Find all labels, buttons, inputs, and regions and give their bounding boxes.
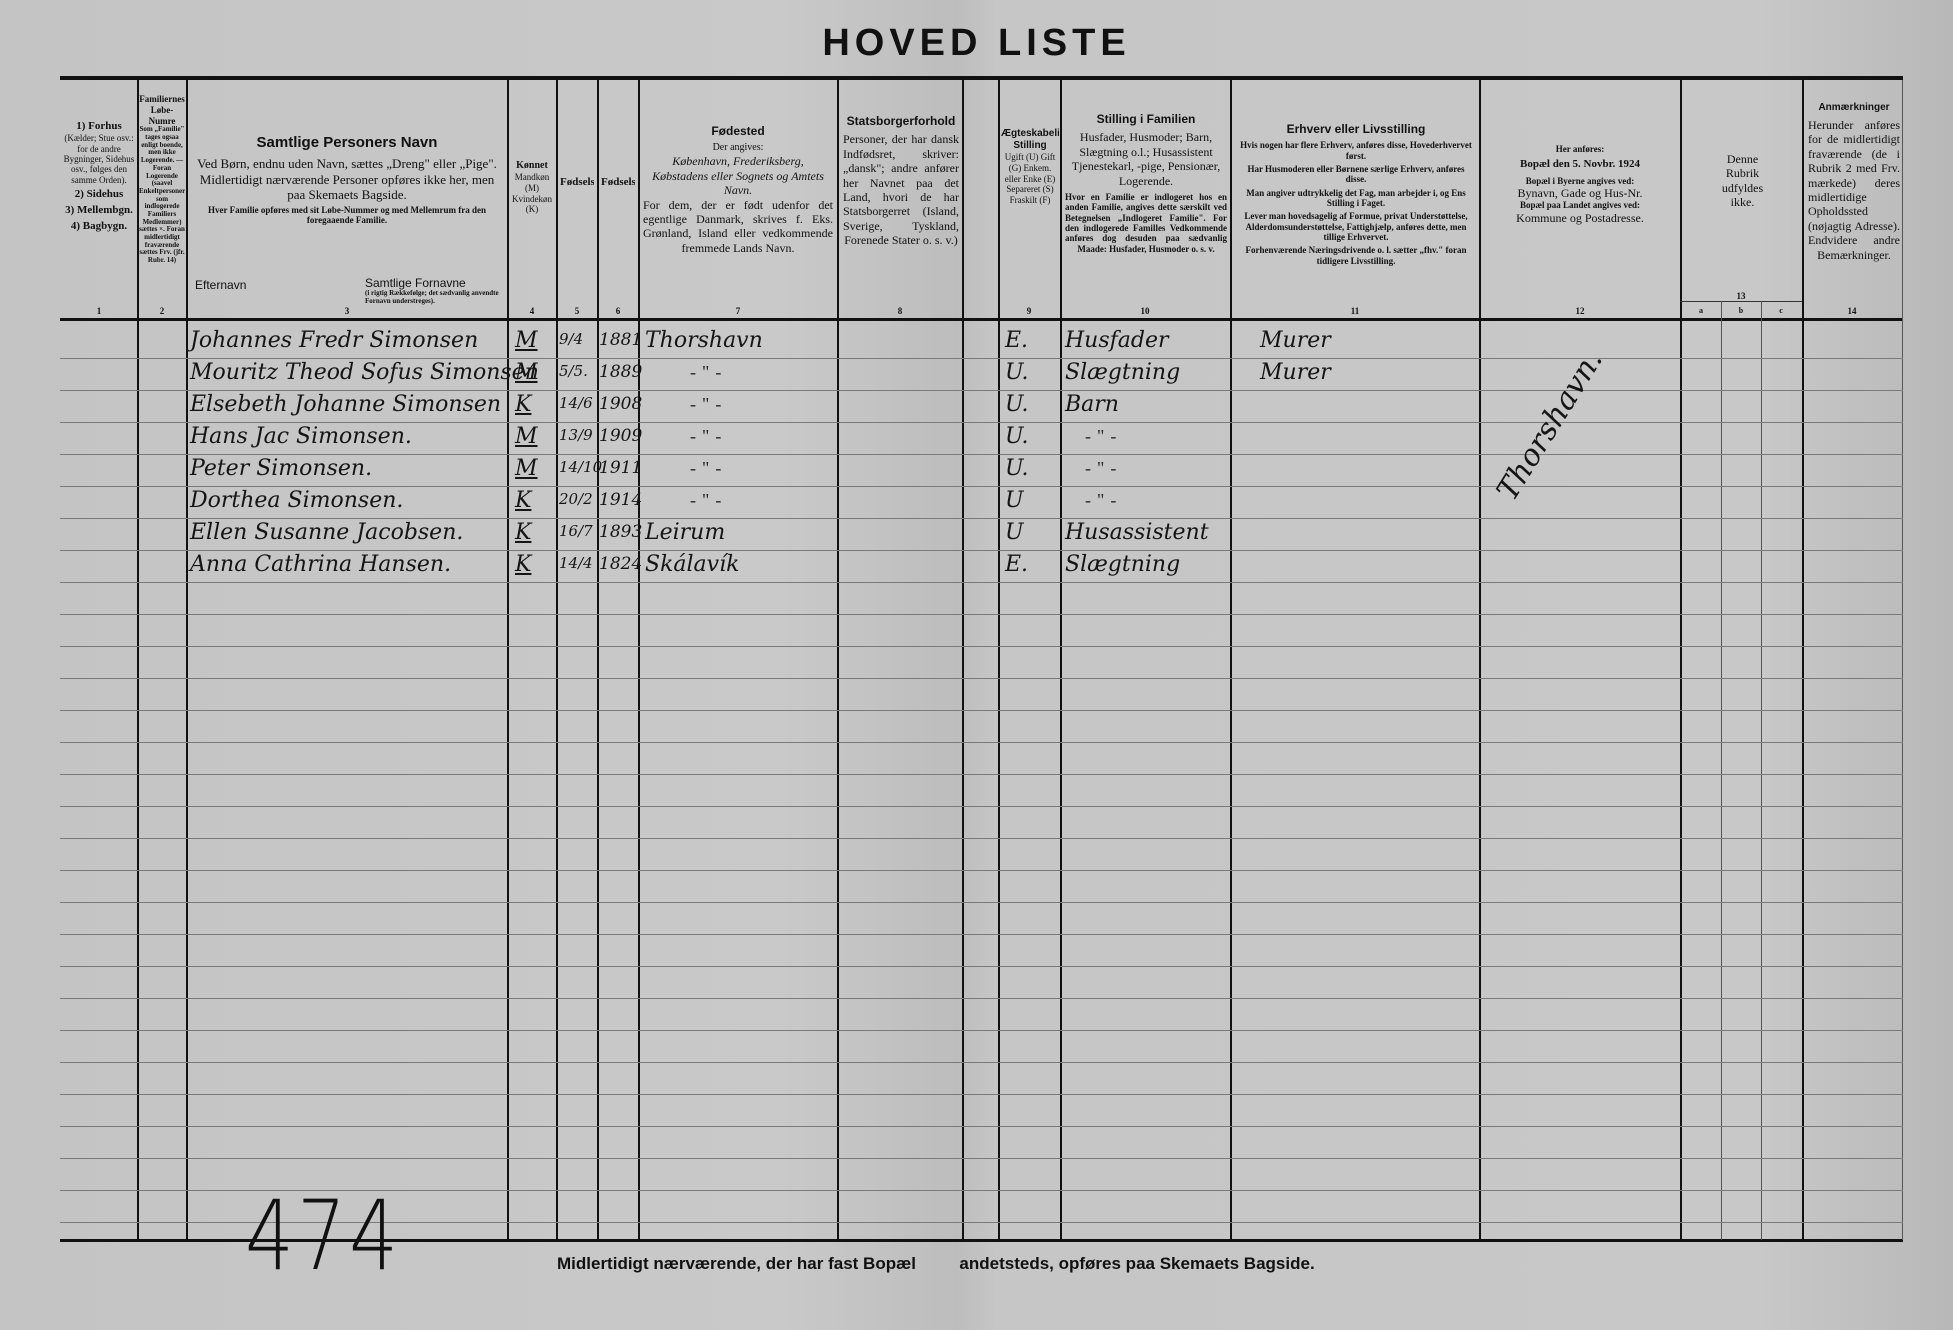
- ruled-line: [60, 518, 1903, 519]
- birthday: 14/6: [559, 394, 593, 412]
- family-position: Husfader: [1065, 328, 1169, 353]
- col14-text: Herunder anføres for de midlertidigt fra…: [1808, 118, 1900, 262]
- col3-line2: Midlertidigt nærværende Personer opføres…: [190, 172, 504, 203]
- birthday: 20/2: [559, 490, 593, 508]
- footer-note-left: Midlertidigt nærværende, der har fast Bo…: [557, 1254, 916, 1273]
- birthplace-ditto: -"-: [690, 490, 727, 511]
- col-divider: [998, 80, 1000, 1240]
- col10-title: Stilling i Familien: [1065, 112, 1227, 126]
- birth-year: 1908: [599, 394, 642, 414]
- colnum-8: 8: [839, 306, 961, 316]
- col-divider: [638, 80, 640, 1240]
- ruled-line: [60, 806, 1903, 807]
- header-col2: Familiernes Løbe-Numre Som „Familie" tag…: [139, 94, 185, 265]
- sex: K: [515, 552, 531, 577]
- col1-forhus: 1) Forhus: [62, 120, 136, 133]
- marital-status: U: [1005, 520, 1024, 545]
- col11-p2: Har Husmoderen eller Børnene særlige Erh…: [1238, 164, 1474, 185]
- birth-year: 1911: [599, 458, 642, 478]
- ruled-line: [60, 678, 1903, 679]
- person-name: Anna Cathrina Hansen.: [190, 552, 451, 577]
- person-name: Mouritz Theod Sofus Simonsen: [190, 360, 539, 385]
- header-col11: Erhverv eller Livsstilling Hvis nogen ha…: [1238, 122, 1474, 266]
- person-name: Peter Simonsen.: [190, 456, 372, 481]
- person-name: Ellen Susanne Jacobsen.: [190, 520, 463, 545]
- col13-sub-divider: [1761, 301, 1762, 1240]
- birthplace-ditto: -"-: [690, 458, 727, 479]
- ruled-line: [60, 774, 1903, 775]
- col2-note: Som „Familie" tages ogsaa enligt boende,…: [139, 126, 185, 264]
- birth-year: 1893: [599, 522, 642, 542]
- person-name: Johannes Fredr Simonsen: [190, 328, 478, 353]
- header-col14: Anmærkninger Herunder anføres for de mid…: [1808, 102, 1900, 262]
- birth-year: 1914: [599, 490, 642, 510]
- colnum-7: 7: [640, 306, 836, 316]
- ruled-line: [60, 646, 1903, 647]
- birthday: 16/7: [559, 522, 593, 540]
- ruled-line: [60, 1062, 1903, 1063]
- sex: K: [515, 392, 531, 417]
- col7-text2: København, Frederiksberg, Købstadens ell…: [643, 154, 833, 197]
- header-col10: Stilling i Familien Husfader, Husmoder; …: [1065, 112, 1227, 254]
- col3-line1: Ved Børn, endnu uden Navn, sættes „Dreng…: [190, 156, 504, 172]
- colnum-4: 4: [509, 306, 555, 316]
- header-col3: Samtlige Personers Navn Ved Børn, endnu …: [190, 134, 504, 225]
- family-position-ditto: -"-: [1085, 490, 1122, 511]
- sex: K: [515, 488, 531, 513]
- col1-mellembygning: 3) Mellembgn.: [62, 204, 136, 217]
- birthplace-ditto: -"-: [690, 394, 727, 415]
- colnum-5: 5: [558, 306, 596, 316]
- ruled-line: [60, 390, 1903, 391]
- header-col13: Denne Rubrik udfyldes ikke.: [1715, 152, 1770, 210]
- residence-annotation: Thorshavn.: [1490, 344, 1610, 507]
- marital-status: U.: [1005, 360, 1029, 385]
- birthplace: Leirum: [645, 520, 725, 545]
- col13-sub-c: c: [1762, 306, 1800, 315]
- ruled-line: [60, 1030, 1903, 1031]
- birthplace-ditto: -"-: [690, 362, 727, 383]
- person-name: Hans Jac Simonsen.: [190, 424, 412, 449]
- ruled-line: [60, 934, 1903, 935]
- ruled-line: [60, 838, 1903, 839]
- ruled-line: [60, 1158, 1903, 1159]
- col11-p3: Man angiver udtrykkelig det Fag, man arb…: [1238, 188, 1474, 209]
- col10-text1: Husfader, Husmoder; Barn, Slægtning o.l.…: [1065, 130, 1227, 188]
- header-col9: Ægteskabelig Stilling Ugift (U) Gift (G)…: [1001, 128, 1059, 206]
- col7-text1: Der angives:: [643, 142, 833, 154]
- col-divider: [556, 80, 558, 1240]
- person-name: Dorthea Simonsen.: [190, 488, 403, 513]
- col-divider: [1680, 80, 1682, 1240]
- col4-note: Mandkøn (M) Kvindekøn (K): [509, 172, 555, 215]
- col3-given-title: Samtlige Fornavne: [365, 276, 505, 290]
- col-divider: [597, 80, 599, 1240]
- header-bottom-rule: [60, 318, 1903, 321]
- ruled-line: [60, 742, 1903, 743]
- form-title: HOVED LISTE: [0, 22, 1953, 65]
- birthday: 14/10: [559, 458, 602, 476]
- header-col6: Fødselsaar: [601, 176, 635, 189]
- col-divider: [1230, 80, 1232, 1240]
- sex: M: [515, 328, 538, 353]
- sex: M: [515, 424, 538, 449]
- birth-year: 1889: [599, 362, 642, 382]
- family-position: Husassistent: [1065, 520, 1209, 545]
- col-divider: [837, 80, 839, 1240]
- col3-line3: Hver Familie opføres med sit Løbe-Nummer…: [190, 205, 504, 226]
- colnum-2: 2: [139, 306, 185, 316]
- ruled-line: [60, 582, 1903, 583]
- col3-title: Samtlige Personers Navn: [190, 134, 504, 152]
- col-divider: [1802, 80, 1804, 1240]
- col-divider: [1902, 80, 1903, 1240]
- col7-title: Fødested: [643, 124, 833, 138]
- ruled-line: [60, 358, 1903, 359]
- col13-sub-b: b: [1722, 306, 1760, 315]
- marital-status: E.: [1005, 552, 1028, 577]
- header-col1: 1) Forhus (Kælder; Stue osv.: for de and…: [62, 120, 136, 233]
- col-divider: [962, 80, 964, 1240]
- col-divider: [507, 80, 509, 1240]
- col1-bagbygning: 4) Bagbygn.: [62, 220, 136, 233]
- sex: M: [515, 360, 538, 385]
- marital-status: E.: [1005, 328, 1028, 353]
- marital-status: U.: [1005, 392, 1029, 417]
- ruled-line: [60, 486, 1903, 487]
- birth-year: 1881: [599, 330, 642, 350]
- col11-title: Erhverv eller Livsstilling: [1238, 122, 1474, 136]
- header-col12: Her anføres: Bopæl den 5. Novbr. 1924 Bo…: [1485, 144, 1675, 225]
- person-name: Elsebeth Johanne Simonsen: [190, 392, 501, 417]
- col1-note: (Kælder; Stue osv.: for de andre Bygning…: [62, 133, 136, 185]
- birthday: 9/4: [559, 330, 583, 348]
- birthplace-ditto: -"-: [690, 426, 727, 447]
- colnum-3: 3: [190, 306, 504, 316]
- occupation: Murer: [1260, 328, 1331, 353]
- col11-p1: Hvis nogen har flere Erhverv, anføres di…: [1238, 140, 1474, 161]
- col12-title: Bopæl den 5. Novbr. 1924: [1485, 158, 1675, 171]
- header-col5: Fødselsdag: [560, 176, 594, 189]
- col12-l4: Kommune og Postadresse.: [1485, 211, 1675, 225]
- birthday: 13/9: [559, 426, 593, 444]
- ruled-line: [60, 1126, 1903, 1127]
- family-position: Slægtning: [1065, 552, 1180, 577]
- col3-surname-label: Efternavn: [195, 278, 275, 292]
- col9-text: Ugift (U) Gift (G) Enkem. eller Enke (E)…: [1001, 152, 1059, 206]
- col-divider: [1479, 80, 1481, 1240]
- col-divider: [1060, 80, 1062, 1240]
- ruled-line: [60, 1094, 1903, 1095]
- birthplace: Thorshavn: [645, 328, 763, 353]
- ruled-line: [60, 902, 1903, 903]
- header-top-rule: [60, 76, 1903, 80]
- colnum-10: 10: [1062, 306, 1228, 316]
- col13-sub-rule: [1680, 301, 1802, 302]
- col8-text: Personer, der har dansk Indfødsret, skri…: [843, 132, 959, 247]
- colnum-9: 9: [1000, 306, 1058, 316]
- footer-note: Midlertidigt nærværende, der har fast Bo…: [557, 1254, 1315, 1274]
- header-col8: Statsborgerforhold Personer, der har dan…: [843, 114, 959, 248]
- birthday: 14/4: [559, 554, 593, 572]
- colnum-6: 6: [599, 306, 637, 316]
- header-col7: Fødested Der angives: København, Frederi…: [643, 124, 833, 255]
- footer-note-right: andetsteds, opføres paa Skemaets Bagside…: [959, 1254, 1314, 1273]
- family-position-ditto: -"-: [1085, 426, 1122, 447]
- col8-title: Statsborgerforhold: [843, 114, 959, 128]
- colnum-13: 13: [1682, 291, 1800, 301]
- col-divider: [186, 80, 188, 1240]
- ruled-line: [60, 550, 1903, 551]
- col12-pre: Her anføres:: [1485, 144, 1675, 154]
- col7-text3: For dem, der er født udenfor det egentli…: [643, 198, 833, 256]
- birthday: 5/5.: [559, 362, 588, 380]
- birth-year: 1909: [599, 426, 642, 446]
- occupation: Murer: [1260, 360, 1331, 385]
- col11-p4: Lever man hovedsagelig af Formue, privat…: [1238, 211, 1474, 242]
- sex: M: [515, 456, 538, 481]
- ruled-line: [60, 614, 1903, 615]
- col9-title: Ægteskabelig Stilling: [1001, 128, 1059, 152]
- marital-status: U.: [1005, 424, 1029, 449]
- col10-text2: Hvor en Familie er indlogeret hos en and…: [1065, 192, 1227, 254]
- col12-l3: Bopæl paa Landet angives ved:: [1485, 200, 1675, 210]
- ruled-line: [60, 454, 1903, 455]
- col12-l1: Bopæl i Byerne angives ved:: [1485, 176, 1675, 186]
- sex: K: [515, 520, 531, 545]
- col12-l2: Bynavn, Gade og Hus-Nr.: [1485, 186, 1675, 200]
- ruled-line: [60, 998, 1903, 999]
- page-reference-number: 474: [245, 1180, 401, 1292]
- ruled-line: [60, 710, 1903, 711]
- ruled-line: [60, 422, 1903, 423]
- colnum-1: 1: [62, 306, 136, 316]
- census-form-page: HOVED LISTE 1) Forhus (Kælder; Stue osv.…: [0, 0, 1953, 1330]
- col11-p5: Forhenværende Næringsdrivende o. l. sætt…: [1238, 245, 1474, 266]
- col2-title: Familiernes Løbe-Numre: [139, 94, 185, 126]
- marital-status: U.: [1005, 456, 1029, 481]
- family-position-ditto: -"-: [1085, 458, 1122, 479]
- birthplace: Skálavík: [645, 552, 739, 577]
- col1-sidehus: 2) Sidehus: [62, 188, 136, 201]
- colnum-11: 11: [1232, 306, 1478, 316]
- col3-given-label: Samtlige Fornavne (i rigtig Rækkefølge; …: [365, 276, 505, 306]
- col13-sub-divider: [1721, 301, 1722, 1240]
- col14-title: Anmærkninger: [1808, 102, 1900, 114]
- col4-title: Kønnet: [509, 160, 555, 172]
- col13-sub-a: a: [1682, 306, 1720, 315]
- header-col4: Kønnet Mandkøn (M) Kvindekøn (K): [509, 160, 555, 215]
- colnum-12: 12: [1481, 306, 1679, 316]
- marital-status: U: [1005, 488, 1024, 513]
- colnum-14: 14: [1804, 306, 1900, 316]
- ruled-line: [60, 966, 1903, 967]
- family-position: Barn: [1065, 392, 1119, 417]
- family-position: Slægtning: [1065, 360, 1180, 385]
- col3-given-note: (i rigtig Rækkefølge; det sædvanlig anve…: [365, 290, 505, 305]
- birth-year: 1824: [599, 554, 642, 574]
- ruled-line: [60, 870, 1903, 871]
